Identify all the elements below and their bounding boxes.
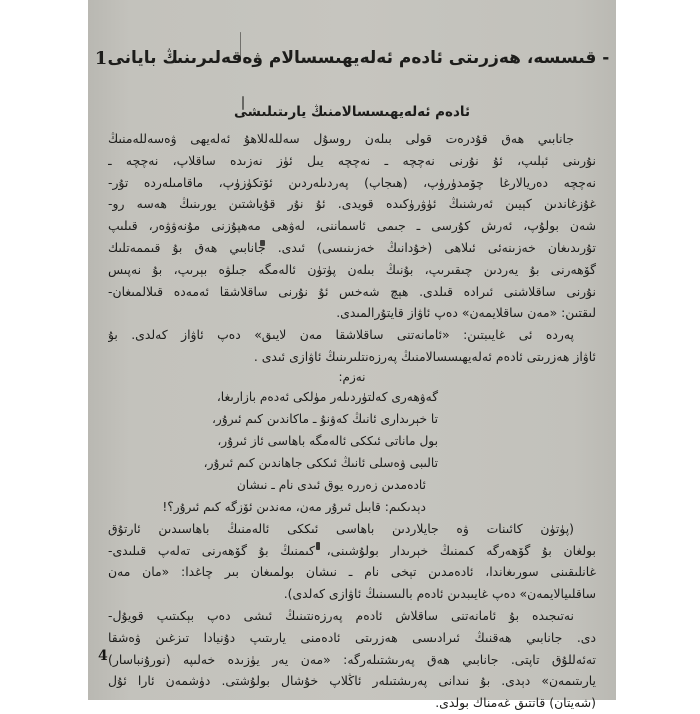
verse-line: ئادەمدىن زەررە يوق ئىدى نام ـ نىشان (108, 474, 596, 496)
text-line: غانلىقىنى سورىغاندا، ئادەمدىن تېخى نام ـ… (108, 561, 596, 583)
verse-line: بول ماناتى ئىككى ئالەمگە باھاسى ئاز ئىرۇ… (108, 430, 596, 452)
text-line: ئاۋاز ھەزرىتى ئادەم ئەلەيھىسسالامنىڭ پەر… (108, 346, 596, 368)
chapter-title-text: - قىسسە، ھەزرىتى ئادەم ئەلەيھىسسالام ۋەق… (107, 48, 609, 68)
text-line: نەچچە دەريالارغا چۆمدۈرۈپ، (ھىجاپ) پەردى… (108, 172, 596, 194)
ink-blot (240, 32, 241, 62)
verse-line: تالىبى ۋەسلى ئانىڭ ئىككى جاھاندىن كىم ئى… (108, 452, 596, 474)
section-subtitle: ئادەم ئەلەيھىسسالامنىڭ يارىتىلىشى (88, 104, 616, 120)
paragraph: جانابىي ھەق قۇدرەت قولى بىلەن روسۇل سەلل… (108, 128, 596, 324)
text-line: بولغان بۇ گۆھەرگە كىمنىڭ خېرىدار بولۇشىن… (108, 540, 596, 562)
book-page: - قىسسە، ھەزرىتى ئادەم ئەلەيھىسسالام ۋەق… (88, 0, 616, 700)
text-line: نەتىجىدە بۇ ئامانەتنى ساقلاش ئادەم پەرزە… (108, 605, 596, 627)
verse-line: دېدىكىم: قابىل ئىرۇر مەن، مەندىن ئۆزگە ك… (108, 496, 596, 518)
ink-blot (242, 96, 244, 110)
verse-block: گەۋھەرى كەلتۈردىلەر مۈلكى ئەدەم بازارىغا… (108, 386, 596, 518)
text-line: شەن بولۇپ، ئەرش كۇرسى ـ جىمى ئاسماننى، ل… (108, 215, 596, 237)
text-line: تۇرىدىغان خەزىنەئى ئىلاھى (خۇدانىڭ خەزىن… (108, 237, 596, 259)
text-line: پەردە ئى غايىبتىن: «ئامانەتنى ساقلاشقا م… (108, 324, 596, 346)
text-line: نۇرنى ساقلاشنى ئىرادە قىلدى. ھېچ شەخس ئۇ… (108, 281, 596, 303)
verse-label: نەزم: (108, 368, 596, 386)
text-line: ساقلىيالايمەن» دەپ غايىبدىن ئادەم بالىسى… (108, 583, 596, 605)
page-number: 4 (98, 648, 108, 664)
text-line: (پۈتۈن كائىنات ۋە جايلاردىن باھاسى ئىككى… (108, 518, 596, 540)
text-line: لىقتىن: «مەن ساقلايمەن» دەپ ئاۋاز قايتۇر… (108, 302, 596, 324)
chapter-title: - قىسسە، ھەزرىتى ئادەم ئەلەيھىسسالام ۋەق… (136, 42, 568, 74)
text-line: جانابىي ھەق قۇدرەت قولى بىلەن روسۇل سەلل… (108, 128, 596, 150)
paragraph: (پۈتۈن كائىنات ۋە جايلاردىن باھاسى ئىككى… (108, 518, 596, 605)
text-line: دى. جانابىي ھەقنىڭ ئىرادىسى ھەزرىتى ئادە… (108, 627, 596, 649)
verse-line: تا خېرىدارى ئانىڭ كەۋنۇ ـ ماكاندىن كىم ئ… (108, 408, 596, 430)
text-line: گۆھەرنى بۇ يەردىن چىقىرىپ، بۇنىڭ بىلەن پ… (108, 259, 596, 281)
text-line: (شەيتان) قاتتىق غەمناك بولدى. (108, 692, 596, 700)
text-line: تەئەللۇق تاپتى. جانابىي ھەق پەرىشتىلەرگە… (108, 649, 596, 671)
ink-blot (316, 542, 320, 550)
chapter-number: 1 (95, 48, 108, 69)
text-line: يارىتىمەن» دېدى. بۇ نىدانى پەرىشتىلەر ئا… (108, 670, 596, 692)
text-line: غۇزغاندىن كېيىن ئەرشنىڭ ئۈۋرۈكىدە قويدى.… (108, 193, 596, 215)
paragraph: نەتىجىدە بۇ ئامانەتنى ساقلاش ئادەم پەرزە… (108, 605, 596, 700)
text-line: نۇرىنى ئېلىپ، ئۇ نۇرنى نەچچە ـ نەچچە يىل… (108, 150, 596, 172)
page-body: جانابىي ھەق قۇدرەت قولى بىلەن روسۇل سەلل… (108, 128, 596, 700)
verse-line: گەۋھەرى كەلتۈردىلەر مۈلكى ئەدەم بازارىغا… (108, 386, 596, 408)
ink-blot (260, 240, 265, 246)
paragraph: پەردە ئى غايىبتىن: «ئامانەتنى ساقلاشقا م… (108, 324, 596, 368)
